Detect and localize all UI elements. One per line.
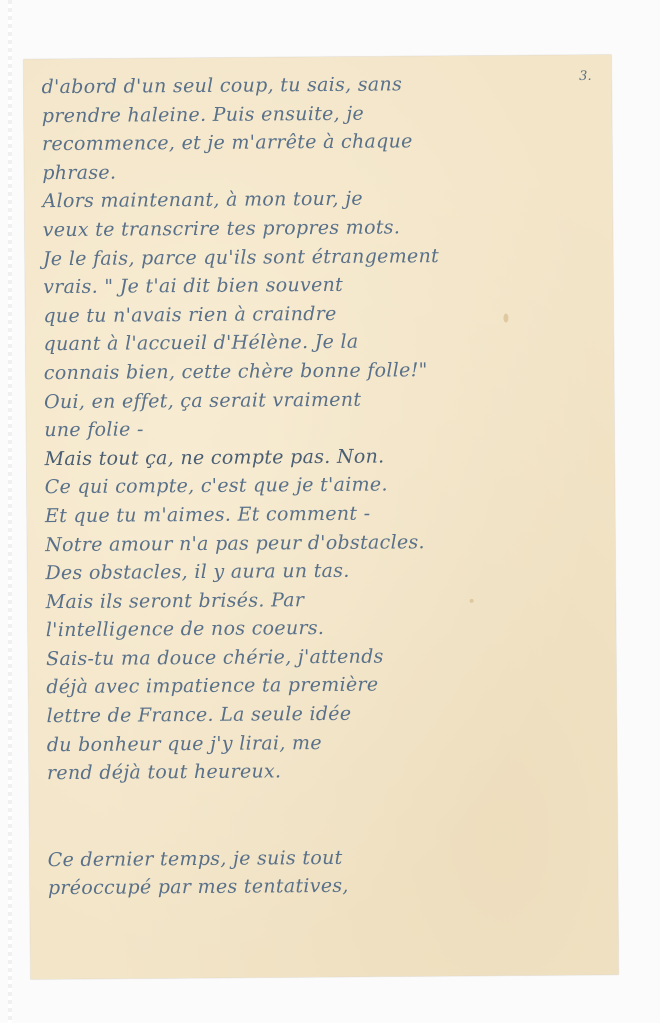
text-line: Ce dernier temps, je suis tout — [48, 842, 600, 875]
text-line: du bonheur que j'y lirai, me — [47, 726, 599, 759]
text-line: d'abord d'un seul coup, tu sais, sans — [42, 69, 594, 102]
text-line: une folie - — [44, 412, 596, 445]
text-line: recommence, et je m'arrête à chaque — [42, 126, 594, 159]
text-line: rend déjà tout heureux. — [47, 755, 599, 788]
text-line: déjà avec impatience ta première — [46, 669, 598, 702]
text-line: quant à l'accueil d'Hélène. Je la — [44, 326, 596, 359]
letter-page: 3. d'abord d'un seul coup, tu sais, sans… — [23, 55, 618, 980]
text-line: phrase. — [42, 155, 594, 188]
text-line: Mais ils seront brisés. Par — [46, 584, 598, 617]
text-line: préoccupé par mes tentatives, — [48, 870, 600, 903]
paragraph-gap — [47, 784, 599, 846]
text-line: lettre de France. La seule idée — [46, 698, 598, 731]
text-line: prendre haleine. Puis ensuite, je — [42, 97, 594, 130]
letter-body: d'abord d'un seul coup, tu sais, sans pr… — [42, 69, 601, 903]
text-line: Ce qui compte, c'est que je t'aime. — [45, 469, 597, 502]
text-line: que tu n'avais rien à craindre — [43, 298, 595, 331]
text-line: veux te transcrire tes propres mots. — [43, 212, 595, 245]
scanner-edge — [8, 0, 12, 1023]
text-line: Sais-tu ma douce chérie, j'attends — [46, 641, 598, 674]
text-line: Et que tu m'aimes. Et comment - — [45, 498, 597, 531]
text-line: Je le fais, parce qu'ils sont étrangemen… — [43, 240, 595, 273]
text-line: Des obstacles, il y aura un tas. — [45, 555, 597, 588]
text-line: Alors maintenant, à mon tour, je — [42, 183, 594, 216]
text-line: connais bien, cette chère bonne folle!" — [44, 355, 596, 388]
text-line: Oui, en effet, ça serait vraiment — [44, 383, 596, 416]
text-line: Notre amour n'a pas peur d'obstacles. — [45, 526, 597, 559]
text-line: vrais. " Je t'ai dit bien souvent — [43, 269, 595, 302]
text-line: Mais tout ça, ne compte pas. Non. — [44, 441, 596, 474]
text-line: l'intelligence de nos coeurs. — [46, 612, 598, 645]
